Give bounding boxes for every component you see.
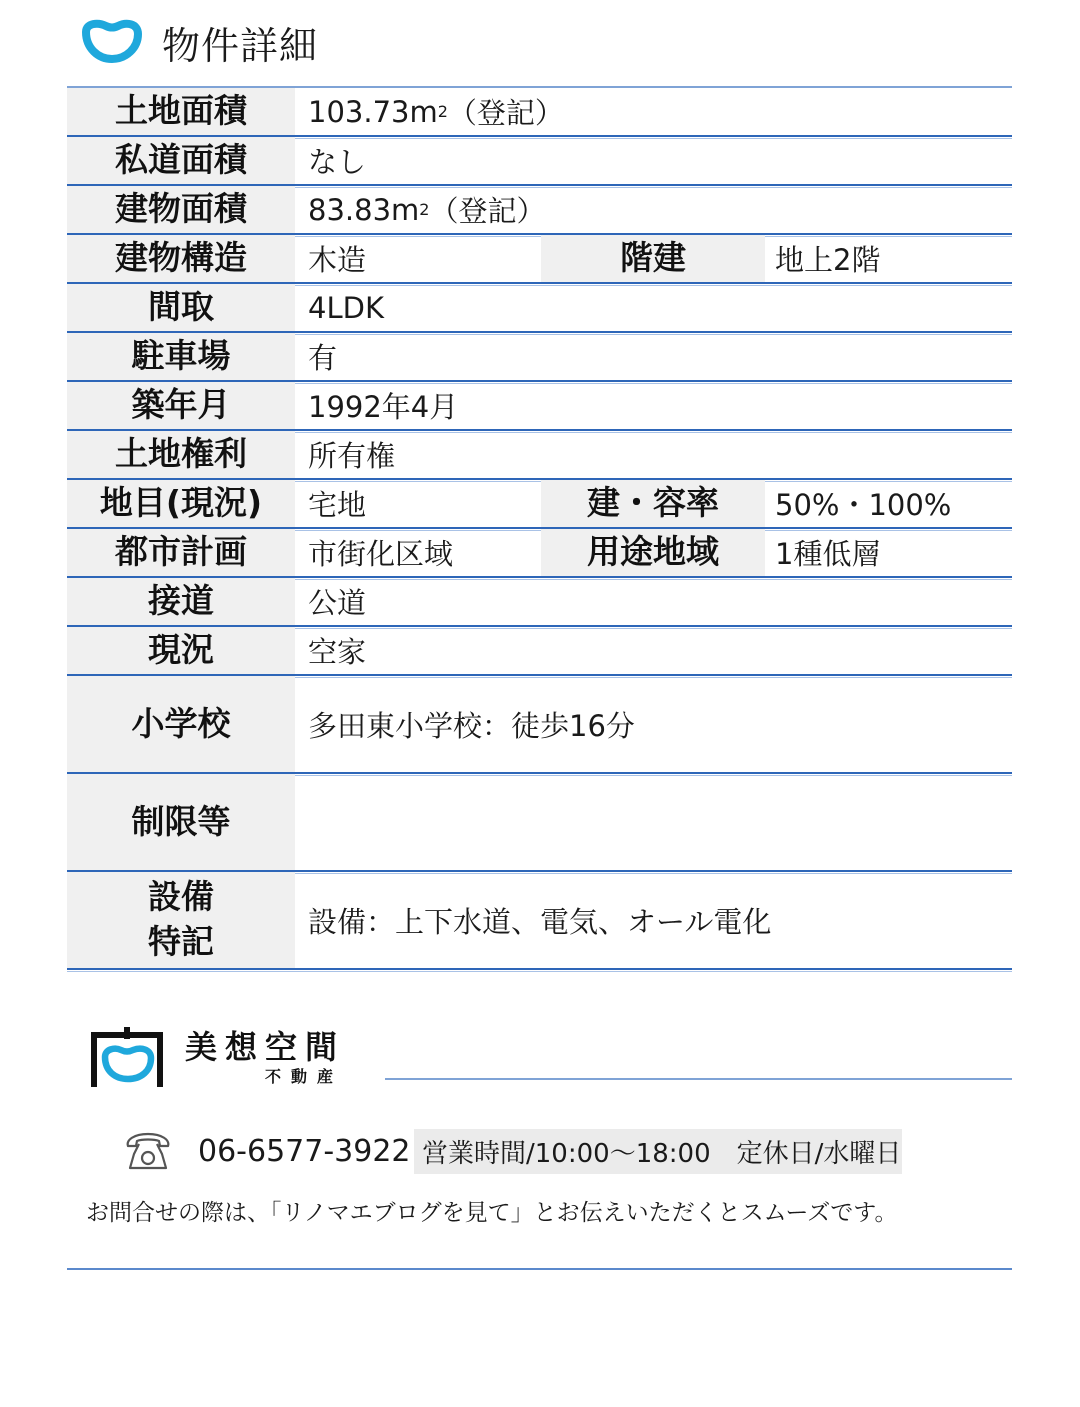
row-value-secondary: 1種低層 [765, 529, 1012, 576]
table-row-restrictions: 制限等 [67, 774, 1012, 872]
bottom-divider [67, 1268, 1012, 1270]
page-title: 物件詳細 [162, 15, 318, 70]
row-label: 私道面積 [67, 137, 295, 184]
row-value: 公道 [295, 578, 1012, 625]
bean-logo-icon [76, 18, 148, 66]
company-subtitle: 不動産 [265, 1067, 345, 1087]
table-row-road-access: 接道 公道 [67, 578, 1012, 627]
telephone-icon [122, 1130, 174, 1172]
row-label-line2: 特記 [148, 920, 214, 965]
table-row-land-area: 土地面積 103.73m2（登記） [67, 88, 1012, 137]
table-row-building-area: 建物面積 83.83m2（登記） [67, 186, 1012, 235]
row-label: 建物構造 [67, 235, 295, 282]
row-label: 土地面積 [67, 88, 295, 135]
business-hours: 営業時間/10:00〜18:00 定休日/水曜日 [414, 1129, 902, 1174]
row-label-secondary: 階建 [541, 235, 765, 282]
row-label: 接道 [67, 578, 295, 625]
contact-phone: 06-6577-3922 [122, 1128, 411, 1174]
value-suffix: （登記） [429, 189, 545, 230]
company-logo-icon [91, 1027, 163, 1087]
row-value: 木造 [295, 235, 541, 282]
table-row-layout: 間取 4LDK [67, 284, 1012, 333]
table-row-private-road-area: 私道面積 なし [67, 137, 1012, 186]
row-label: 都市計画 [67, 529, 295, 576]
value-number: 83.83m [308, 193, 419, 227]
row-label: 駐車場 [67, 333, 295, 380]
row-value: 所有権 [295, 431, 1012, 478]
row-value: 空家 [295, 627, 1012, 674]
company-name: 美想空間 [185, 1027, 345, 1067]
phone-number[interactable]: 06-6577-3922 [198, 1134, 411, 1169]
row-label: 設備 特記 [67, 872, 295, 968]
row-value: 有 [295, 333, 1012, 380]
row-value: 多田東小学校：徒歩16分 [295, 676, 1012, 772]
table-row-facilities: 設備 特記 設備：上下水道、電気、オール電化 [67, 872, 1012, 970]
row-value-secondary: 地上2階 [765, 235, 1012, 282]
row-value: 設備：上下水道、電気、オール電化 [295, 872, 1012, 968]
row-value-secondary: 50%・100% [765, 480, 1012, 527]
row-label: 小学校 [67, 676, 295, 772]
row-label: 建物面積 [67, 186, 295, 233]
row-label: 築年月 [67, 382, 295, 429]
property-spec-table: 土地面積 103.73m2（登記） 私道面積 なし 建物面積 83.83m2（登… [67, 86, 1012, 970]
row-label: 現況 [67, 627, 295, 674]
divider [385, 1078, 1012, 1080]
table-row-land-rights: 土地権利 所有権 [67, 431, 1012, 480]
table-row-built-date: 築年月 1992年4月 [67, 382, 1012, 431]
inquiry-note: お問合せの際は、「リノマエブログを見て」とお伝えいただくとスムーズです。 [86, 1194, 897, 1227]
table-row-land-category: 地目(現況) 宅地 建・容率 50%・100% [67, 480, 1012, 529]
row-value: 1992年4月 [295, 382, 1012, 429]
row-label: 間取 [67, 284, 295, 331]
row-label: 地目(現況) [67, 480, 295, 527]
table-row-parking: 駐車場 有 [67, 333, 1012, 382]
table-row-city-planning: 都市計画 市街化区域 用途地域 1種低層 [67, 529, 1012, 578]
company-name-block: 美想空間 不動産 [185, 1027, 345, 1087]
row-value: 4LDK [295, 284, 1012, 331]
page-header: 物件詳細 [76, 14, 318, 70]
company-logo: 美想空間 不動産 [91, 1027, 345, 1087]
value-suffix: （登記） [448, 91, 564, 132]
row-label: 制限等 [67, 774, 295, 870]
row-value: 83.83m2（登記） [295, 186, 1012, 233]
row-value: 宅地 [295, 480, 541, 527]
row-label: 土地権利 [67, 431, 295, 478]
row-label-secondary: 建・容率 [541, 480, 765, 527]
unit-superscript: 2 [438, 102, 448, 121]
table-row-structure: 建物構造 木造 階建 地上2階 [67, 235, 1012, 284]
row-value: 市街化区域 [295, 529, 541, 576]
value-number: 103.73m [308, 95, 438, 129]
table-row-elementary-school: 小学校 多田東小学校：徒歩16分 [67, 676, 1012, 774]
row-value [295, 774, 1012, 870]
row-label-secondary: 用途地域 [541, 529, 765, 576]
row-value: なし [295, 137, 1012, 184]
row-value: 103.73m2（登記） [295, 88, 1012, 135]
unit-superscript: 2 [419, 200, 429, 219]
table-row-current-status: 現況 空家 [67, 627, 1012, 676]
row-label-line1: 設備 [148, 875, 214, 920]
